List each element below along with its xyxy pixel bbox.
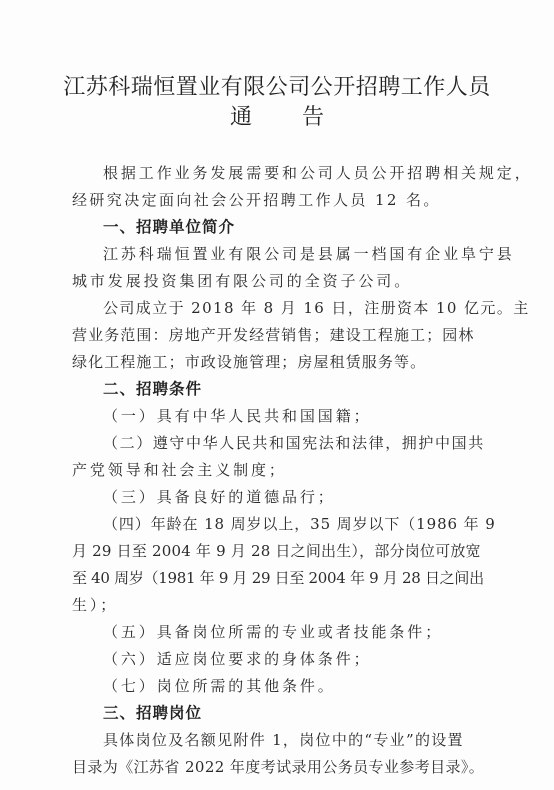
paragraph-company-line-2: 城市发展投资集团有限公司的全资子公司。 (72, 268, 488, 295)
document-subtitle: 通告 (0, 104, 554, 132)
paragraph-intro-line-1: 根据工作业务发展需要和公司人员公开招聘相关规定， (72, 160, 488, 187)
subtitle-char-2: 告 (302, 104, 324, 132)
section-heading-1: 一、招聘单位简介 (72, 214, 488, 241)
paragraph-intro-line-2: 经研究决定面向社会公开招聘工作人员 12 名。 (72, 187, 488, 214)
condition-4-line-3: 至 40 周岁（1981 年 9 月 29 日至 2004 年 9 月 28 日… (72, 565, 488, 592)
document-title: 江苏科瑞恒置业有限公司公开招聘工作人员 (0, 74, 554, 102)
condition-4-line-4: 生）； (72, 592, 488, 619)
condition-2-line-1: （二）遵守中华人民共和国宪法和法律，拥护中国共 (72, 430, 488, 457)
condition-4-line-1: （四）年龄在 18 周岁以上，35 周岁以下（1986 年 9 (72, 511, 488, 538)
condition-6: （六）适应岗位要求的身体条件； (72, 646, 488, 673)
subtitle-char-1: 通 (230, 104, 252, 132)
paragraph-founded-line-1: 公司成立于 2018 年 8 月 16 日，注册资本 10 亿元。主 (72, 295, 488, 322)
condition-7: （七）岗位所需的其他条件。 (72, 673, 488, 700)
paragraph-positions-line-1: 具体岗位及名额见附件 1，岗位中的“专业”的设置 (72, 727, 488, 754)
section-heading-3: 三、招聘岗位 (72, 700, 488, 727)
document-page: 江苏科瑞恒置业有限公司公开招聘工作人员 通告 根据工作业务发展需要和公司人员公开… (0, 0, 554, 790)
paragraph-founded-line-3: 绿化工程施工；市政设施管理；房屋租赁服务等。 (72, 349, 488, 376)
document-body: 根据工作业务发展需要和公司人员公开招聘相关规定， 经研究决定面向社会公开招聘工作… (72, 160, 488, 781)
condition-2-line-2: 产党领导和社会主义制度； (72, 457, 488, 484)
paragraph-company-line-1: 江苏科瑞恒置业有限公司是县属一档国有企业阜宁县 (72, 241, 488, 268)
condition-1: （一）具有中华人民共和国国籍； (72, 403, 488, 430)
condition-3: （三）具备良好的道德品行； (72, 484, 488, 511)
condition-4-line-2: 月 29 日至 2004 年 9 月 28 日之间出生），部分岗位可放宽 (72, 538, 488, 565)
paragraph-positions-line-2: 目录为《江苏省 2022 年度考试录用公务员专业参考目录》。 (72, 754, 488, 781)
paragraph-founded-line-2: 营业务范围：房地产开发经营销售；建设工程施工；园林 (72, 322, 488, 349)
condition-5: （五）具备岗位所需的专业或者技能条件； (72, 619, 488, 646)
section-heading-2: 二、招聘条件 (72, 376, 488, 403)
